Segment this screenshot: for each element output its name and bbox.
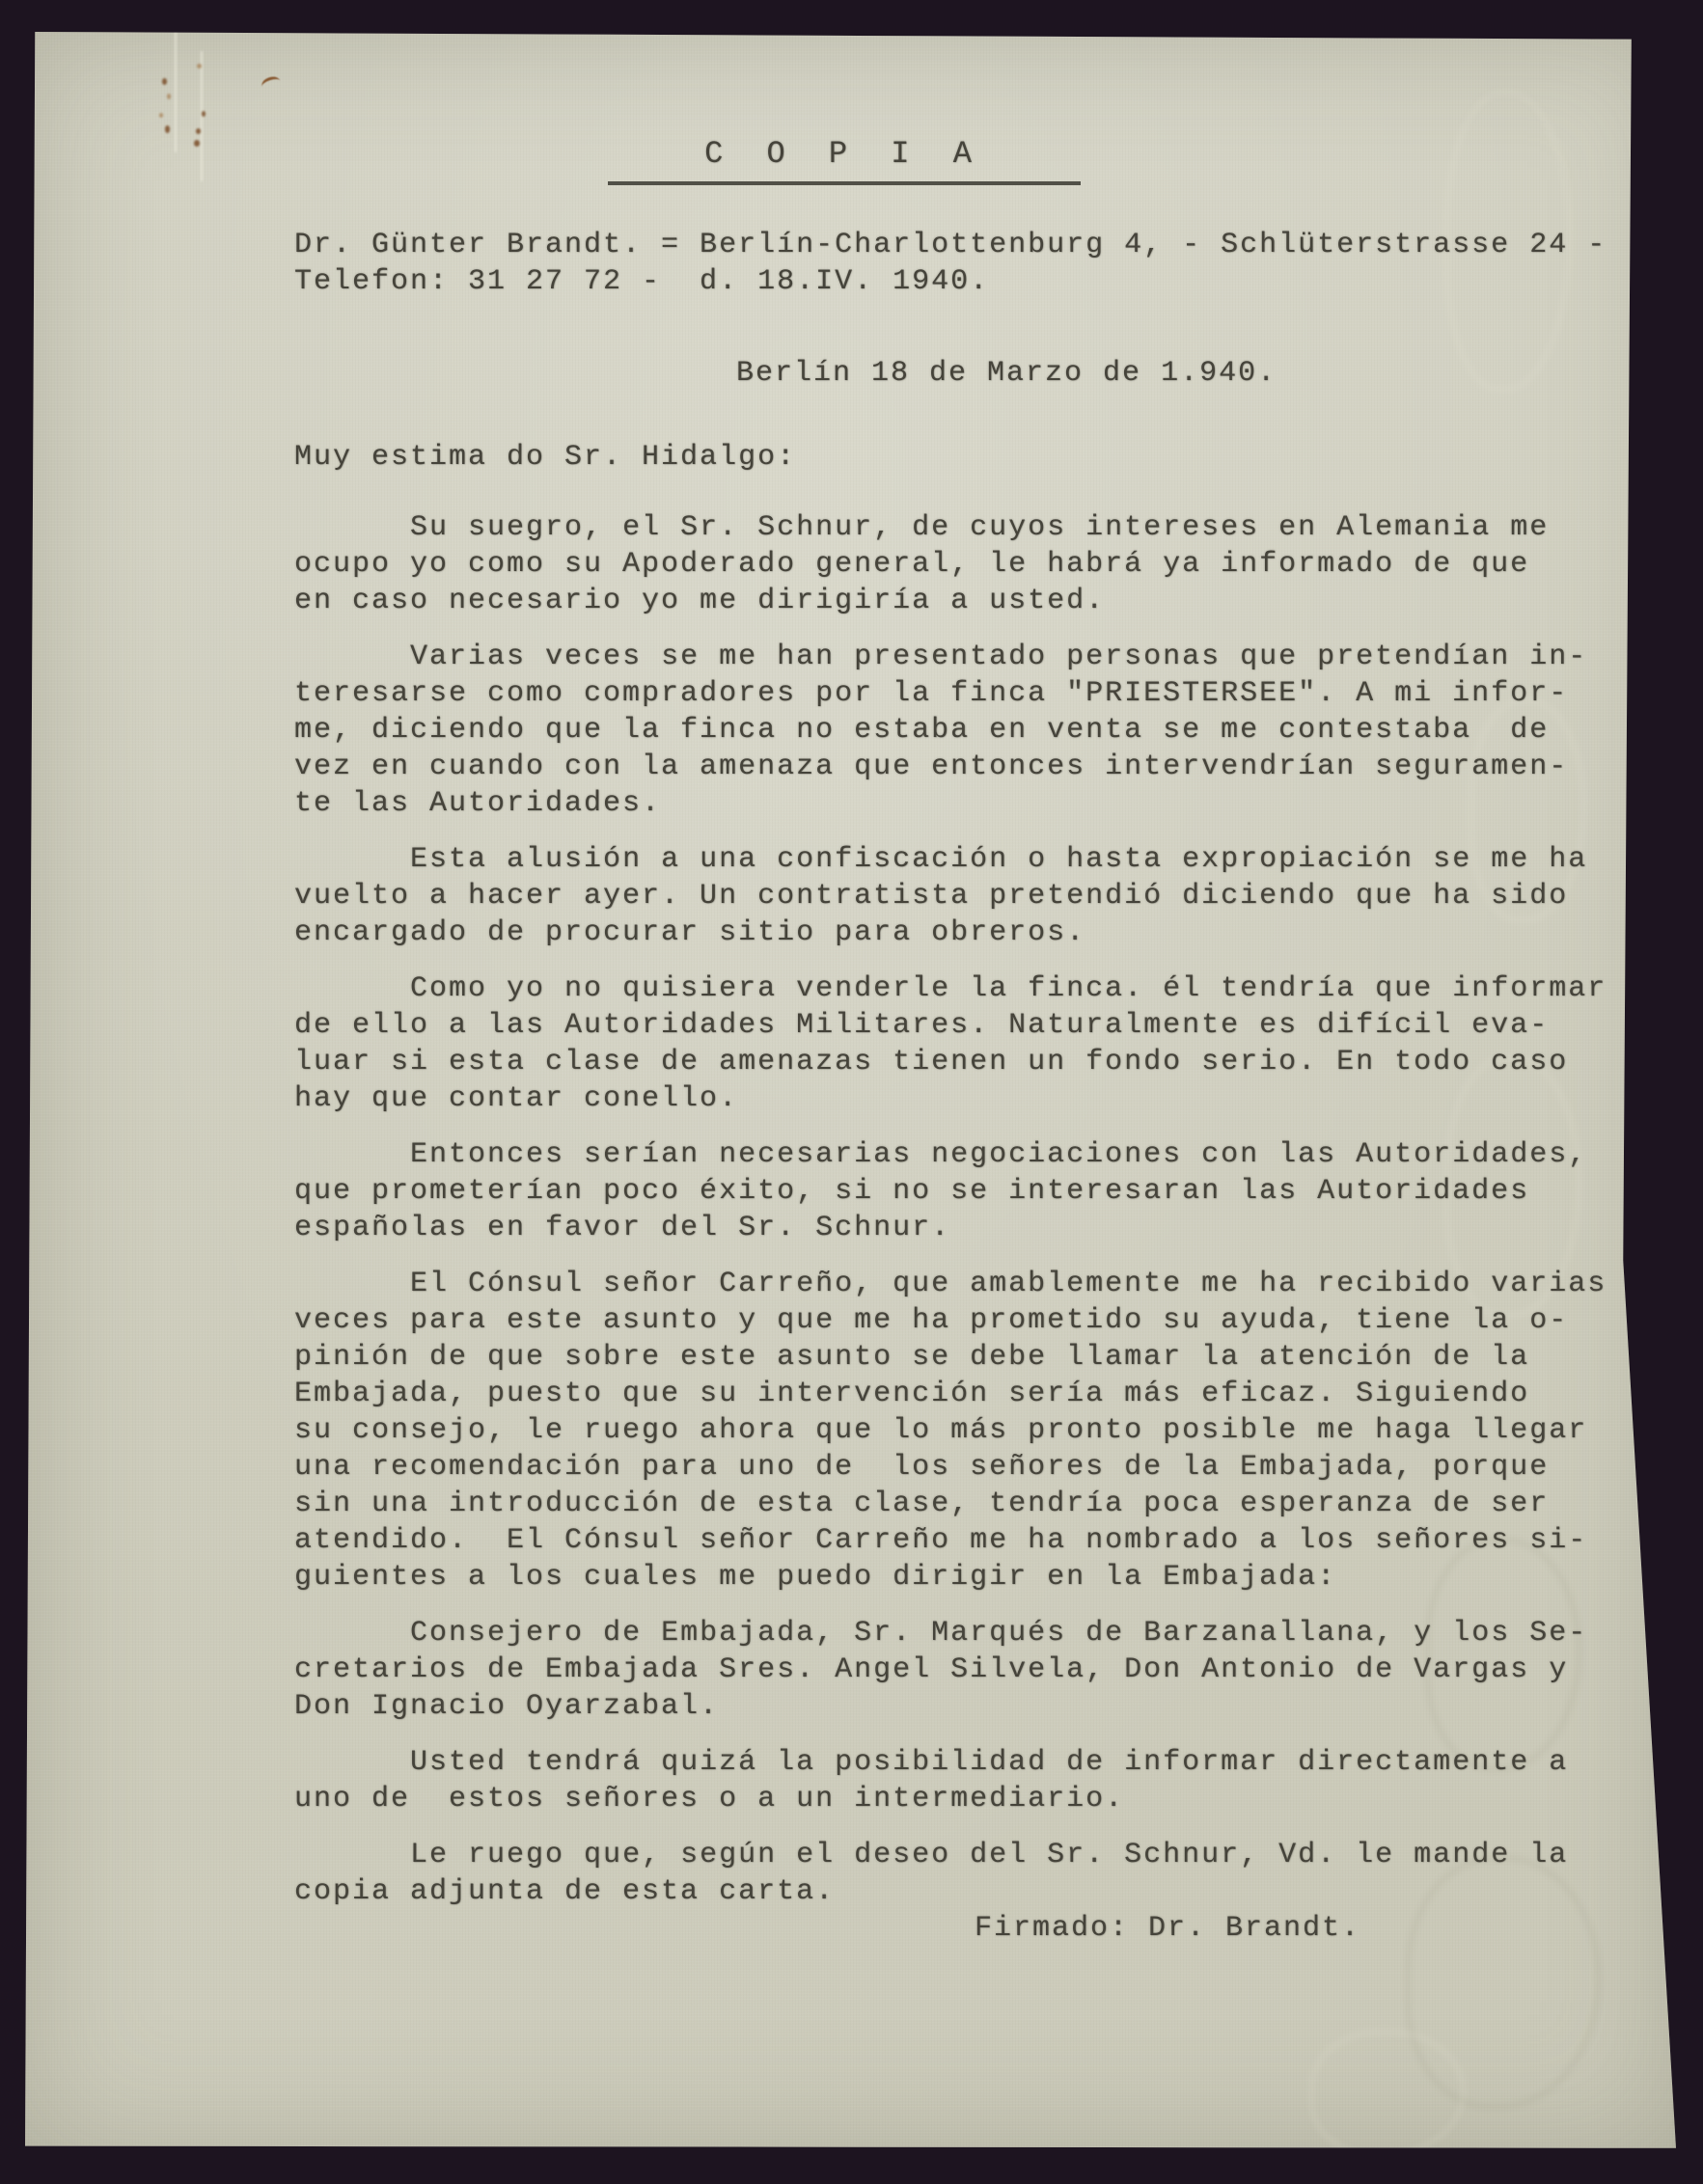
paragraph-1: Su suegro, el Sr. Schnur, de cuyos inter… (294, 509, 1664, 619)
paragraph-6: El Cónsul señor Carreño, que amablemente… (294, 1266, 1664, 1596)
paragraph-2: Varias veces se me han presentado person… (294, 639, 1664, 822)
copy-heading: C O P I A (608, 135, 1081, 185)
date-line: Berlín 18 de Marzo de 1.940. (736, 355, 1664, 392)
paper-crease (201, 51, 203, 181)
paragraph-9: Le ruego que, según el deseo del Sr. Sch… (294, 1837, 1664, 1910)
salutation: Muy estima do Sr. Hidalgo: (294, 439, 1664, 476)
signature-line: Firmado: Dr. Brandt. (975, 1910, 1664, 1947)
paragraph-3: Esta alusión a una confiscación o hasta … (294, 841, 1664, 951)
paragraph-7: Consejero de Embajada, Sr. Marqués de Ba… (294, 1615, 1664, 1725)
paragraph-4: Como yo no quisiera venderle la finca. é… (294, 970, 1664, 1117)
letterhead-line-1: Dr. Günter Brandt. = Berlín-Charlottenbu… (294, 227, 1664, 263)
rust-stain (202, 111, 206, 117)
letter-paper: C O P I A Dr. Günter Brandt. = Berlín-Ch… (25, 32, 1676, 2150)
paragraph-8: Usted tendrá quizá la posibilidad de inf… (294, 1744, 1664, 1817)
paragraph-5: Entonces serían necesarias negociaciones… (294, 1136, 1664, 1246)
letter-content: C O P I A Dr. Günter Brandt. = Berlín-Ch… (294, 135, 1664, 1947)
letterhead-line-2: Telefon: 31 27 72 - d. 18.IV. 1940. (294, 263, 1664, 300)
scan-background: C O P I A Dr. Günter Brandt. = Berlín-Ch… (0, 0, 1703, 2184)
rust-stain (196, 128, 201, 134)
watermark-swirl (1308, 2029, 1467, 2158)
paper-crease (175, 32, 177, 152)
rust-stain (162, 78, 167, 85)
rust-stain (194, 140, 200, 147)
rust-stain (197, 64, 202, 68)
rust-stain (167, 94, 171, 99)
rust-stain (159, 113, 163, 118)
letterhead: Dr. Günter Brandt. = Berlín-Charlottenbu… (294, 227, 1664, 300)
rust-stain (260, 74, 282, 93)
rust-stain (165, 125, 170, 133)
